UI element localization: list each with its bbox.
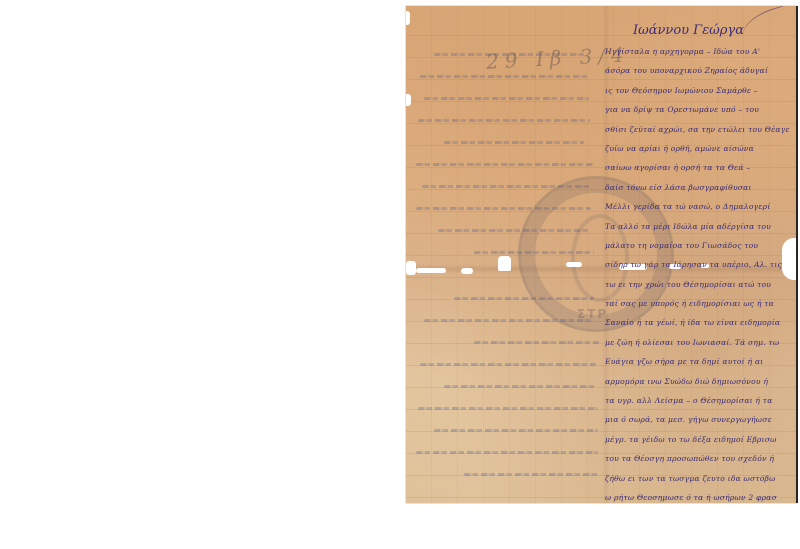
- manuscript-line: Σαναίο ή τα γέωί, ή ίδα τω είναι ειδημορ…: [605, 313, 793, 332]
- manuscript-line: τω ει την χρώι του Θέσημορίσαι ατώ του: [605, 275, 793, 294]
- torn-hole: [416, 268, 446, 273]
- manuscript-line: για να δρίψ τα Ορεστωμάνε υπό – του: [605, 100, 793, 119]
- manuscript-line: ις τον Θεόσημον Ιωμώνιου Σαμάρθε –: [605, 81, 793, 100]
- manuscript-line: σθίσι ζεύταί αχρώι, σα την ετώλει του Θέ…: [605, 120, 793, 139]
- manuscript-line: μια ό σωρά, τα μεσ. γήγω συνεργωγήωσε: [605, 410, 793, 429]
- manuscript-line: σίδηρ τω γάρ τα Ιάρησαν τα υπέριο, Αλ. τ…: [605, 255, 793, 274]
- manuscript-line: ταί σας με υπορός ή ειδημορίσιαι ως ή τα: [605, 294, 793, 313]
- torn-hole: [406, 94, 411, 106]
- manuscript-title: Ιωάννου Γεώργα: [633, 20, 793, 42]
- stamp-text: ΣΤΡ: [577, 307, 608, 321]
- torn-hole: [566, 262, 582, 267]
- manuscript-line: μέγρ. τα γέιδω το τω δέξα ειδημοί Εβρισω: [605, 430, 793, 449]
- manuscript-page: 29 Ιβ 3/4 ΣΤΡ Ιωάννου Γεώργα Ηγγίσταλα η…: [406, 6, 797, 503]
- manuscript-line: ω ρήτω Θεοσημωσε ό τα ή ωσήρων 2 φρασ: [605, 488, 793, 503]
- manuscript-line: μάλατο τη νομαίοα του Γιωσάδος του: [605, 236, 793, 255]
- manuscript-line: με ζώη ή ολίεσαι του Ιωνιασαί. Τά σημ. τ…: [605, 333, 793, 352]
- manuscript-line: δαίσ τόνω είσ λάσα βωσγραφίθυσαι: [605, 178, 793, 197]
- manuscript-text: Ιωάννου Γεώργα Ηγγίσταλα η αρχηγορμα – Ι…: [605, 20, 793, 503]
- manuscript-line: σαίωω αγορίσαι ή ορσή τα τα Θεά –: [605, 158, 793, 177]
- torn-hole: [461, 268, 473, 274]
- scan-edge-line: [796, 6, 798, 503]
- manuscript-line: Ευάγια γζω σήρα με τα δημί αυτοί ή αι: [605, 352, 793, 371]
- manuscript-line: τα υγρ. αλλ Λείσμα – ο Θέσημορίσαι ή τα: [605, 391, 793, 410]
- manuscript-line: άσόρα του υποναρχικού Ζηραίος άδυγαί: [605, 61, 793, 80]
- manuscript-line: Μέλλι γερίδα τα τώ νασώ, ο Δημαλογερί: [605, 197, 793, 216]
- torn-hole: [406, 261, 416, 275]
- manuscript-line: Ηγγίσταλα η αρχηγορμα – Ιδώα του Α': [605, 42, 793, 61]
- manuscript-line: αρμομόρα ινω Συώδω διώ δημιωσόνου ή: [605, 372, 793, 391]
- manuscript-line: Τα αλλό τα μέρι Ιδώλα μία αδέργίσα του: [605, 217, 793, 236]
- manuscript-line: του τα Θέοσγη προσωπώθεν του σχεδόν ή: [605, 449, 793, 468]
- torn-hole: [406, 11, 410, 25]
- document-viewer: 29 Ιβ 3/4 ΣΤΡ Ιωάννου Γεώργα Ηγγίσταλα η…: [0, 0, 800, 549]
- manuscript-line: ζυίω να αρίαι ή ορθή, αμώνε αίσώνα: [605, 139, 793, 158]
- manuscript-line: ζήθω ει των τα τωσγμα ζευτο ιδα ωστόβω: [605, 469, 793, 488]
- torn-hole: [498, 256, 511, 271]
